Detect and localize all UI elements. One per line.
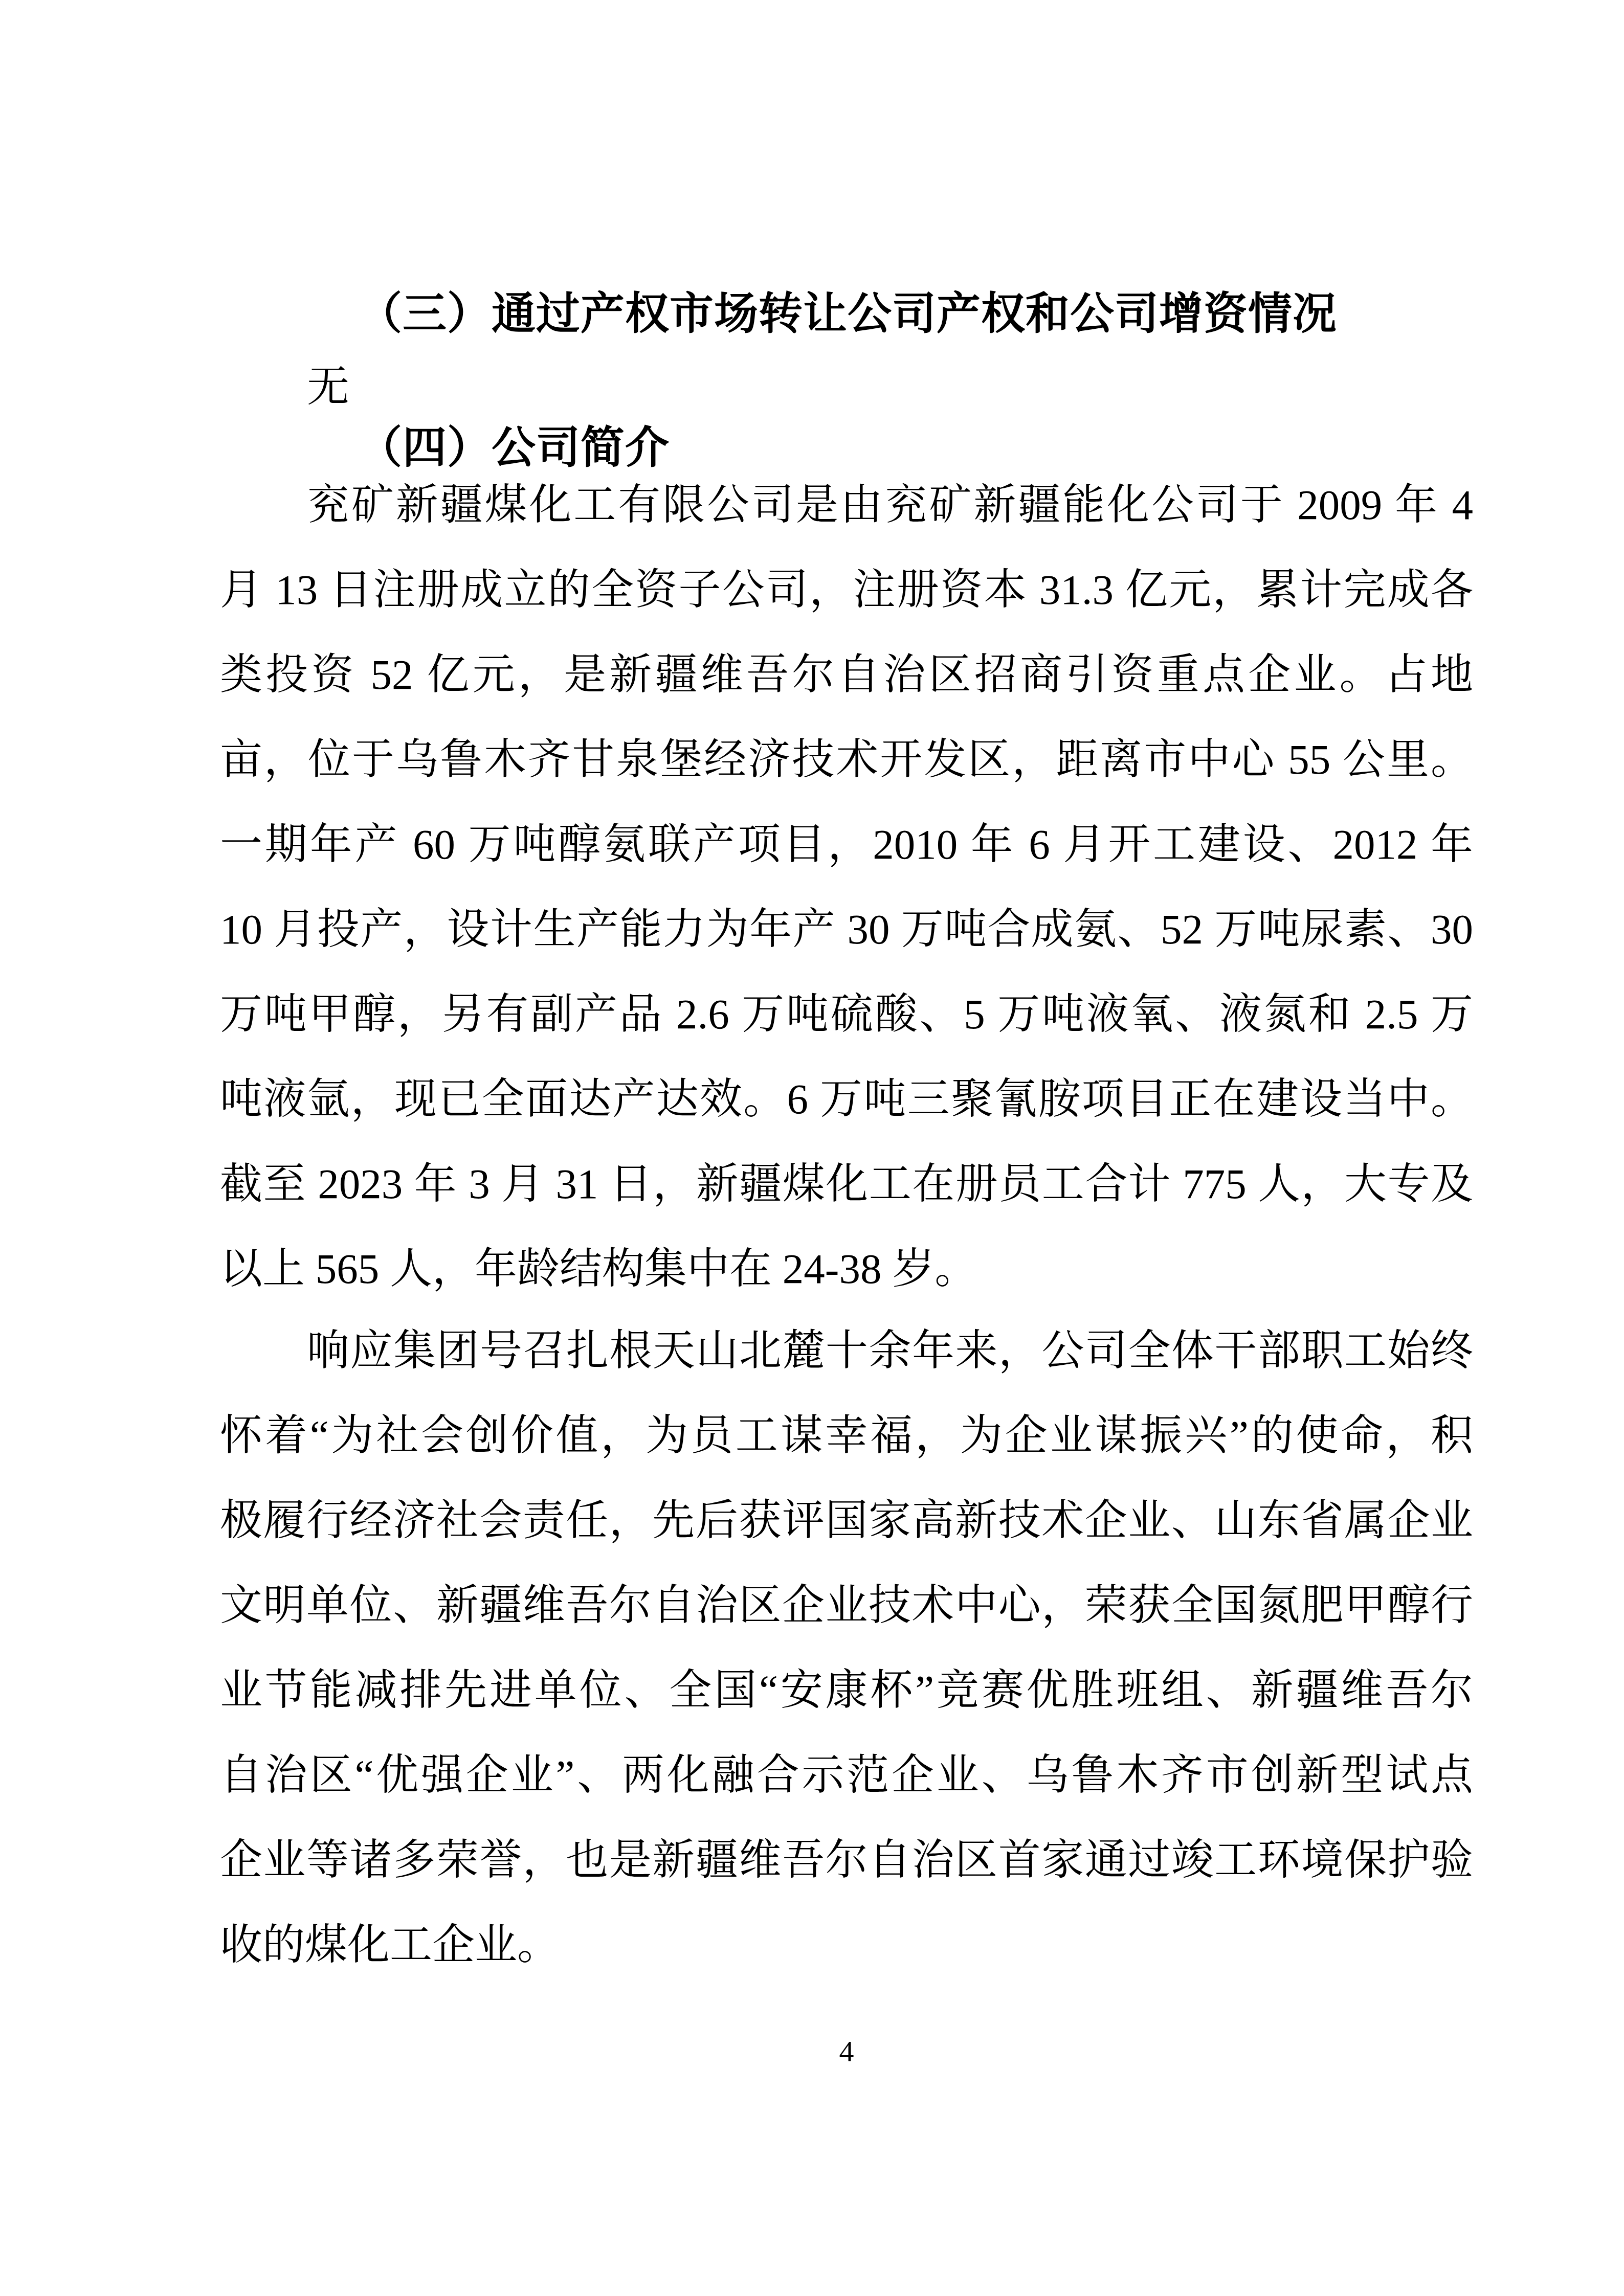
text-line: 类投资 52 亿元，是新疆维吾尔自治区招商引资重点企业。占地 1050 <box>220 632 1473 717</box>
section-3-body-none: 无 <box>220 356 1473 417</box>
text-line: 文明单位、新疆维吾尔自治区企业技术中心，荣获全国氮肥甲醇行 <box>220 1563 1473 1648</box>
text-line: 响应集团号召扎根天山北麓十余年来，公司全体干部职工始终 <box>220 1308 1473 1393</box>
text-line: 业节能减排先进单位、全国“安康杯”竞赛优胜班组、新疆维吾尔 <box>220 1648 1473 1732</box>
document-page: （三）通过产权市场转让公司产权和公司增资情况 无 （四）公司简介 兖矿新疆煤化工… <box>0 0 1624 2296</box>
text-line: 吨液氩，现已全面达产达效。6 万吨三聚氰胺项目正在建设当中。 <box>220 1056 1473 1141</box>
text-line: 一期年产 60 万吨醇氨联产项目，2010 年 6 月开工建设、2012 年 <box>220 802 1473 887</box>
company-intro-paragraph: 兖矿新疆煤化工有限公司是由兖矿新疆能化公司于 2009 年 4月 13 日注册成… <box>220 462 1473 1311</box>
text-line: 截至 2023 年 3 月 31 日，新疆煤化工在册员工合计 775 人，大专及 <box>220 1141 1473 1226</box>
text-line: 以上 565 人，年龄结构集中在 24-38 岁。 <box>220 1226 1473 1311</box>
text-line: 极履行经济社会责任，先后获评国家高新技术企业、山东省属企业 <box>220 1478 1473 1563</box>
text-line: 企业等诸多荣誉，也是新疆维吾尔自治区首家通过竣工环境保护验 <box>220 1817 1473 1902</box>
text-line: 怀着“为社会创价值，为员工谋幸福，为企业谋振兴”的使命，积 <box>220 1393 1473 1478</box>
text-line: 月 13 日注册成立的全资子公司，注册资本 31.3 亿元，累计完成各 <box>220 547 1473 632</box>
page-number: 4 <box>220 2021 1473 2082</box>
text-line: 万吨甲醇，另有副产品 2.6 万吨硫酸、5 万吨液氧、液氮和 2.5 万 <box>220 972 1473 1056</box>
text-line: 10 月投产，设计生产能力为年产 30 万吨合成氨、52 万吨尿素、30 <box>220 887 1473 972</box>
text-line: 收的煤化工企业。 <box>220 1902 1473 1987</box>
text-line: 亩，位于乌鲁木齐甘泉堡经济技术开发区，距离市中心 55 公里。 <box>220 717 1473 802</box>
section-heading-3: （三）通过产权市场转让公司产权和公司增资情况 <box>220 283 1473 345</box>
social-responsibility-paragraph: 响应集团号召扎根天山北麓十余年来，公司全体干部职工始终怀着“为社会创价值，为员工… <box>220 1308 1473 1987</box>
text-line: 自治区“优强企业”、两化融合示范企业、乌鲁木齐市创新型试点 <box>220 1732 1473 1817</box>
text-line: 兖矿新疆煤化工有限公司是由兖矿新疆能化公司于 2009 年 4 <box>220 462 1473 547</box>
